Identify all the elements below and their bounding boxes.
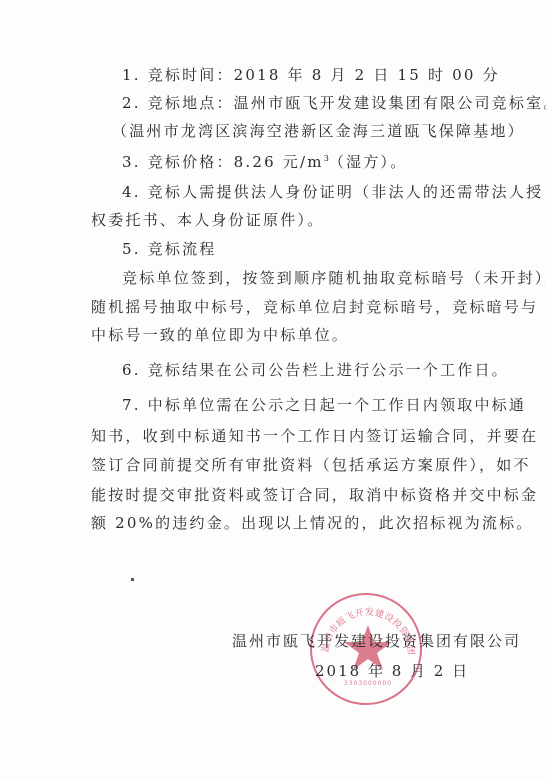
- item-7-line-3: 签订合同前提交所有审批资料（包括承运方案原件），如不: [91, 456, 531, 474]
- document-page: 1. 竞标时间：2018 年 8 月 2 日 15 时 00 分 2. 竞标地点…: [0, 0, 546, 780]
- item-4-line-2: 权委托书、本人身份证原件）。: [91, 211, 324, 229]
- item-6: 6. 竞标结果在公司公告栏上进行公示一个工作日。: [122, 361, 509, 379]
- item-7-line-4: 能按时提交审批资料或签订合同，取消中标资格并交中标金: [91, 486, 538, 504]
- item-7-line-5: 额 20%的违约金。出现以上情况的，此次招标视为流标。: [91, 514, 534, 532]
- item-4-line-1: 4. 竞标人需提供法人身份证明（非法人的还需带法人授: [122, 183, 543, 201]
- svg-text:3303000000: 3303000000: [344, 680, 392, 687]
- signature-date: 2018 年 8 月 2 日: [315, 662, 469, 680]
- item-2-location: 2. 竞标地点：温州市瓯飞开发建设集团有限公司竞标室。: [122, 94, 546, 112]
- signature-company: 温州市瓯飞开发建设投资集团有限公司: [232, 632, 521, 650]
- item-7-line-1: 7. 中标单位需在公示之日起一个工作日内领取中标通: [122, 396, 526, 414]
- item-7-line-2: 知书，收到中标通知书一个工作日内签订运输合同，并要在: [91, 427, 538, 445]
- price-text: 3. 竞标价格：8.26 元/m: [122, 153, 324, 171]
- star-icon: 温州市瓯飞开发建设投资集团有限公司 3303000000: [312, 595, 424, 707]
- item-5-line-2: 随机摇号抽取中标号，竞标单位启封竞标暗号，竞标暗号与: [91, 298, 538, 316]
- item-2-address: （温州市龙湾区滨海空港新区金海三道瓯飞保障基地）: [112, 122, 525, 140]
- item-5-line-3: 中标号一致的单位即为中标单位。: [91, 326, 349, 344]
- stray-dot: [131, 578, 134, 581]
- item-5-heading: 5. 竞标流程: [122, 240, 216, 258]
- item-1-time: 1. 竞标时间：2018 年 8 月 2 日 15 时 00 分: [122, 66, 500, 84]
- item-3-price: 3. 竞标价格：8.26 元/m3（湿方）。: [122, 150, 407, 171]
- price-suffix: （湿方）。: [329, 153, 408, 171]
- item-5-line-1: 竞标单位签到，按签到顺序随机抽取竞标暗号（未开封），: [122, 269, 546, 287]
